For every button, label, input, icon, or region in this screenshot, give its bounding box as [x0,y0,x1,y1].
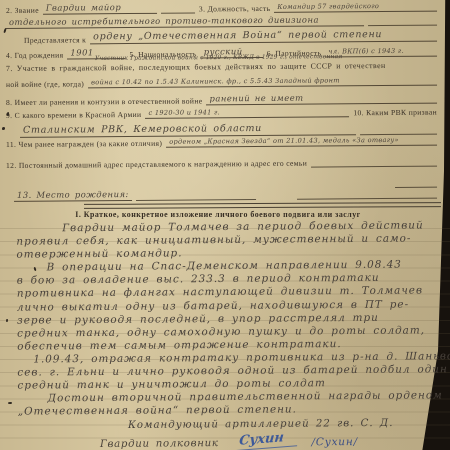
signature-name: /Сухин/ [311,436,357,448]
form-row-presented: Представляется к ордену „Отечественная В… [6,29,437,45]
prior-awards-label: 11. Чем ранее награжден (за какие отличи… [6,139,162,149]
rvk-label: 10. Каким РВК призван [353,108,437,118]
rank-value: Гвардии майор [43,2,157,15]
form-row-wounds: 8. Имеет ли ранения и контузии в отечест… [6,92,437,107]
presented-label: Представляется к [6,35,86,45]
blank-line [161,4,195,14]
wounds-label: 8. Имеет ли ранения и контузии в отечест… [6,96,203,107]
wounds-value: ранений не имеет [206,92,437,106]
ink-speck [2,127,5,130]
form-row-prior-awards: 11. Чем ранее награжден (за какие отличи… [6,136,437,149]
rvk-value: Сталинским РВК, Кемеровской области [20,122,356,138]
blank-line [360,125,437,136]
form-row-position-cont: отдельного истребительного противо-танко… [6,14,437,29]
presented-value: ордену „Отечественная Война“ первой степ… [90,29,437,45]
position-value-line2: отдельного истребительного противо-танко… [6,14,364,29]
war-participation-label-line1: 7. Участие в гражданской войне, последую… [6,61,386,73]
form-row-war-value: ной войне (где, когда) война с 10.42 по … [6,76,437,89]
blank-line [368,16,437,27]
blank-line [136,190,256,201]
commander-rank: Гвардии полковник [100,438,219,450]
form-row-war-label: 7. Участие в гражданской войне, последую… [6,61,437,73]
citation-body: Гвардии майор Толмачев за период боевых … [16,219,427,419]
ink-speck [8,402,12,404]
service-label: 9. С какого времени в Красной Армии [6,110,142,120]
prior-awards-value: орденом „Красная Звезда“ от 21.01.43, ме… [166,136,437,148]
blank-line [297,189,437,200]
citation-line: „Отечественная война“ первой степени. [18,403,427,419]
citation-section-title: I. Краткое, конкретное изложение личного… [0,210,436,219]
form-row-service: 9. С какого времени в Красной Армии с 19… [6,107,437,120]
service-value: с 1920-30 и 1941 г. [145,107,349,119]
war-participation-value: война с 10.42 по 1.5.43 Калининск. фр., … [88,76,437,89]
form-row-address: 12. Постоянный домашний адрес представля… [6,157,437,170]
address-label: 12. Постоянный домашний адрес представля… [6,159,307,170]
ink-speck [6,319,8,322]
section-divider [84,202,441,209]
signature-autograph: Сухин [232,429,298,450]
award-sheet-document: 2. Звание Гвардии майор 3. Должность, ча… [0,0,450,450]
signature-row: Гвардии полковник Сухин /Сухин/ [100,430,430,450]
form-row-birth-place: 13. Место рождения: [6,187,437,202]
birth-year-label: 4. Год рождения [6,51,63,60]
birth-place-label: 13. Место рождения: [14,189,132,202]
war-participation-label-line2: ной войне (где, когда) [6,79,84,89]
position-value-line1: Командир 57 гвардейского [274,2,437,13]
rank-label: 2. Звание [6,6,39,15]
form-row-rank-position: 2. Звание Гвардии майор 3. Должность, ча… [6,0,437,15]
position-label: 3. Должность, часть [199,4,271,14]
blank-line [311,157,437,168]
commander-title: Командующий артиллерией 22 гв. С. Д. [128,418,394,431]
